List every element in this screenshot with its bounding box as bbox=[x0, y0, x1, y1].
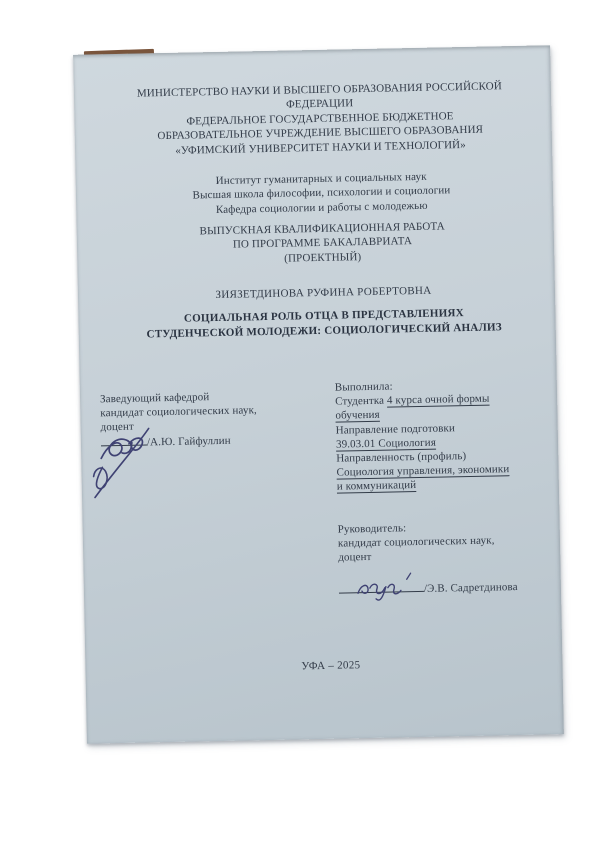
line-plain: Направленность (профиль) bbox=[336, 450, 466, 465]
thesis-title-page: МИНИСТЕРСТВО НАУКИ И ВЫСШЕГО ОБРАЗОВАНИЯ… bbox=[73, 45, 564, 743]
line-underlined: и коммуникаций bbox=[337, 479, 417, 493]
ministry-header: МИНИСТЕРСТВО НАУКИ И ВЫСШЕГО ОБРАЗОВАНИЯ… bbox=[102, 79, 538, 160]
line-underlined: 39.03.01 Социология bbox=[336, 436, 436, 450]
supervisor-line: доцент bbox=[338, 546, 556, 564]
line-underlined: обучения bbox=[335, 409, 380, 422]
department-block: Институт гуманитарных и социальных наук … bbox=[104, 168, 540, 220]
supervisor-block: Руководитель: кандидат социологических н… bbox=[338, 518, 557, 597]
thesis-title: СОЦИАЛЬНАЯ РОЛЬ ОТЦА В ПРЕДСТАВЛЕНИЯХ СТ… bbox=[106, 305, 542, 344]
line-plain: Направление подготовки bbox=[336, 422, 455, 436]
city-year: УФА – 2025 bbox=[113, 655, 548, 676]
line-underlined: Социология управления, экономики bbox=[336, 463, 509, 478]
line-plain: Студентка bbox=[335, 395, 387, 408]
head-of-department-block: Заведующий кафедрой кандидат социологиче… bbox=[100, 388, 319, 450]
author-name: ЗИЯЗЕТДИНОВА РУФИНА РОБЕРТОВНА bbox=[106, 282, 541, 305]
line-underlined: 4 курса очной формы bbox=[387, 393, 490, 407]
performed-by-line: и коммуникаций bbox=[337, 476, 545, 494]
photo-background: МИНИСТЕРСТВО НАУКИ И ВЫСШЕГО ОБРАЗОВАНИЯ… bbox=[0, 0, 595, 841]
supervisor-signature-name: /Э.В. Садретдинова bbox=[424, 581, 518, 595]
head-of-department-signature-name: /А.Ю. Гайфуллин bbox=[147, 435, 231, 449]
signature-blank-line bbox=[339, 581, 424, 594]
work-type-block: ВЫПУСКНАЯ КВАЛИФИКАЦИОННАЯ РАБОТА ПО ПРО… bbox=[105, 218, 541, 270]
performed-by-block: Выполнила: Студентка 4 курса очной формы… bbox=[335, 376, 545, 494]
supervisor-signature-row: /Э.В. Садретдинова bbox=[339, 578, 557, 597]
head-of-department-signature-row: /А.Ю. Гайфуллин bbox=[101, 431, 319, 450]
signature-blank-line bbox=[101, 434, 147, 446]
